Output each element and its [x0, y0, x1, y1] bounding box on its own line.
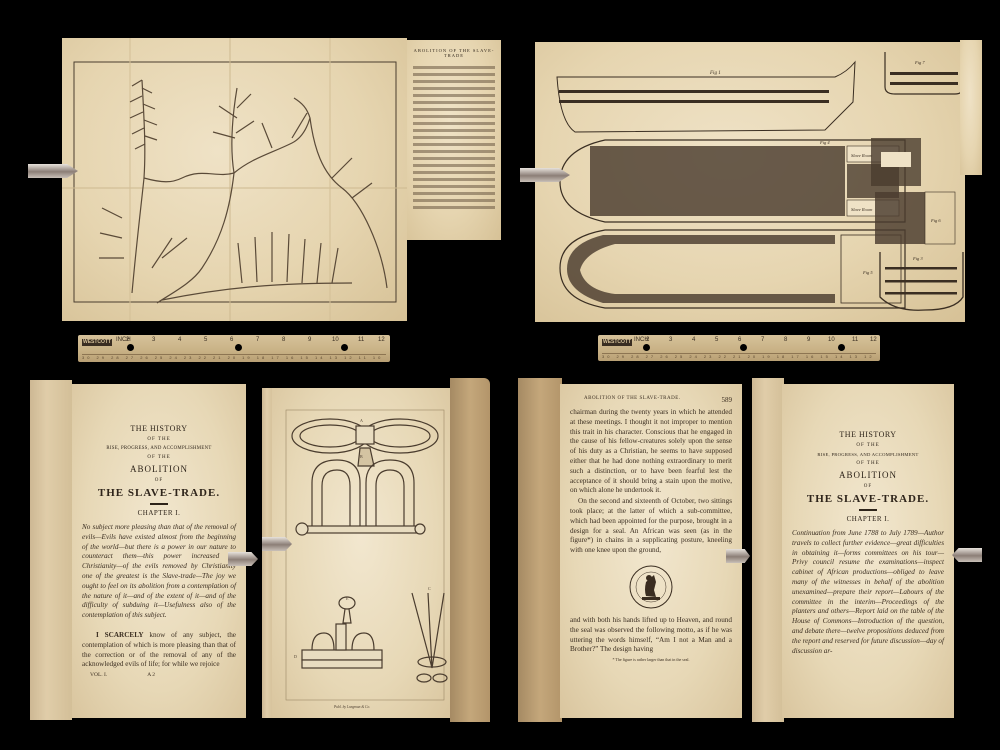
title-line-1: THE HISTORY: [82, 424, 236, 433]
map-facing-page: ABOLITION OF THE SLAVE-TRADE: [407, 40, 501, 240]
paragraph-2: On the second and sixteenth of October, …: [570, 497, 732, 556]
svg-text:Slave Room: Slave Room: [851, 207, 873, 212]
title-line-3: ABOLITION: [82, 464, 236, 474]
shackles-engraving: A B E D C Publ. by Longman & Co.: [272, 388, 450, 718]
ruler-tick: 11: [852, 337, 858, 343]
title-connector: OF THE: [792, 461, 944, 466]
ruler-tick: 2: [126, 337, 129, 343]
svg-text:B: B: [360, 454, 363, 459]
plate-imprint: Publ. by Longman & Co.: [333, 705, 370, 709]
paragraph-1: chairman during the twenty years in whic…: [570, 408, 732, 496]
ruler-tick: 8: [784, 337, 787, 343]
svg-text:Fig 6: Fig 6: [930, 218, 941, 223]
map-plate: [62, 38, 407, 321]
svg-text:Fig 4: Fig 4: [819, 140, 830, 145]
title-connector: OF THE: [792, 443, 944, 448]
title-connector: OF: [792, 484, 944, 489]
ruler-tick: 7: [761, 337, 764, 343]
river-map-engraving: [62, 38, 407, 321]
title-line-1: THE HISTORY: [792, 430, 944, 439]
ruler-tick: 5: [204, 337, 207, 343]
curled-facing-page: [450, 378, 490, 722]
ruler-top-left: WESTCOTT INCH 2 3 4 5 6 7 8 9 10 11 12 3…: [78, 335, 390, 362]
svg-text:Fig 5: Fig 5: [862, 270, 873, 275]
title-connector: OF THE: [82, 437, 236, 442]
slave-ship-plate: Fig 1 Slave Room Slave Room Fig 4 Fig 5 …: [535, 42, 965, 322]
kneeling-slave-seal: [628, 564, 674, 610]
shackles-plate: A B E D C Publ. by Longman & Co.: [272, 388, 450, 718]
ruler-cm-scale: 30 29 28 27 26 25 24 23 22 21 20 19 18 1…: [602, 353, 876, 359]
ruler-tick: 9: [308, 337, 311, 343]
title-connector: OF: [82, 478, 236, 483]
left-page-edge: [30, 380, 72, 720]
right-volume-edge: [752, 378, 784, 722]
svg-text:C: C: [428, 586, 431, 591]
fig-label: Fig 1: [709, 71, 721, 76]
title-rule: [859, 509, 877, 511]
footer-signature: A 2: [147, 672, 155, 678]
ruler-tick: 12: [870, 337, 877, 343]
running-head: ABOLITION OF THE SLAVE-TRADE.: [570, 396, 681, 404]
page-pointer-indicator: [952, 548, 982, 562]
title-line-2: RISE, PROGRESS, AND ACCOMPLISHMENT: [792, 452, 944, 457]
title-line-4: THE SLAVE-TRADE.: [82, 487, 236, 499]
ruler-tick: 6: [738, 337, 741, 343]
title-line-4: THE SLAVE-TRADE.: [792, 493, 944, 505]
title-page-vol2: THE HISTORY OF THE RISE, PROGRESS, AND A…: [782, 384, 954, 718]
svg-text:Slave Room: Slave Room: [851, 153, 873, 158]
svg-text:Fig 7: Fig 7: [914, 60, 925, 65]
ruler-tick: 4: [692, 337, 695, 343]
ruler-tick: 10: [332, 337, 339, 343]
chapter-summary: No subject more pleasing than that of th…: [82, 523, 236, 621]
body-lead: I SCARCELY: [96, 631, 144, 639]
svg-text:Fig 3: Fig 3: [912, 256, 923, 261]
ruler-tick: 7: [256, 337, 259, 343]
ruler-brand: WESTCOTT: [82, 339, 112, 346]
page-number: 589: [722, 396, 733, 404]
page-pointer-indicator: [726, 549, 750, 563]
chapter-body: I SCARCELY know of any subject, the cont…: [82, 631, 236, 670]
ruler-tick: 9: [807, 337, 810, 343]
ruler-cm-scale: 30 29 28 27 26 25 24 23 22 21 20 19 18 1…: [82, 354, 386, 360]
ship-plate-facing-page: [960, 40, 982, 175]
title-line-3: ABOLITION: [792, 470, 944, 480]
title-connector: OF THE: [82, 455, 236, 460]
footnote: * The figure is rather larger than that …: [570, 657, 732, 662]
ruler-tick: 10: [828, 337, 835, 343]
ruler-brand: WESTCOTT: [602, 339, 632, 346]
chapter-heading: CHAPTER I.: [792, 515, 944, 523]
ruler-tick: 6: [230, 337, 233, 343]
ruler-tick: 4: [178, 337, 181, 343]
title-line-2: RISE, PROGRESS, AND ACCOMPLISHMENT: [82, 446, 236, 451]
ruler-tick: 3: [152, 337, 155, 343]
ruler-tick: 8: [282, 337, 285, 343]
ship-deck-plan-engraving: Fig 1 Slave Room Slave Room Fig 4 Fig 5 …: [535, 42, 965, 322]
ruler-tick: 2: [646, 337, 649, 343]
chapter-summary: Continuation from June 1788 to July 1789…: [792, 529, 944, 656]
page-pointer-indicator: [228, 552, 258, 566]
title-rule: [150, 503, 168, 505]
ruler-tick: 12: [378, 337, 385, 343]
svg-text:D: D: [294, 654, 297, 659]
curled-left-page: [518, 378, 562, 722]
ruler-tick: 5: [715, 337, 718, 343]
ruler-top-right: WESTCOTT INCH 2 3 4 5 6 7 8 9 10 11 12 3…: [598, 335, 880, 361]
running-head: ABOLITION OF THE SLAVE-TRADE: [407, 48, 501, 58]
svg-text:A: A: [360, 418, 363, 423]
ruler-tick: 3: [669, 337, 672, 343]
chapter-heading: CHAPTER I.: [82, 509, 236, 517]
title-page-vol1: THE HISTORY OF THE RISE, PROGRESS, AND A…: [72, 384, 246, 718]
page-589: ABOLITION OF THE SLAVE-TRADE. 589 chairm…: [560, 384, 742, 718]
footer-volume: VOL. I.: [90, 672, 107, 678]
ruler-tick: 11: [358, 337, 364, 343]
paragraph-3: and with both his hands lifted up to Hea…: [570, 616, 732, 655]
